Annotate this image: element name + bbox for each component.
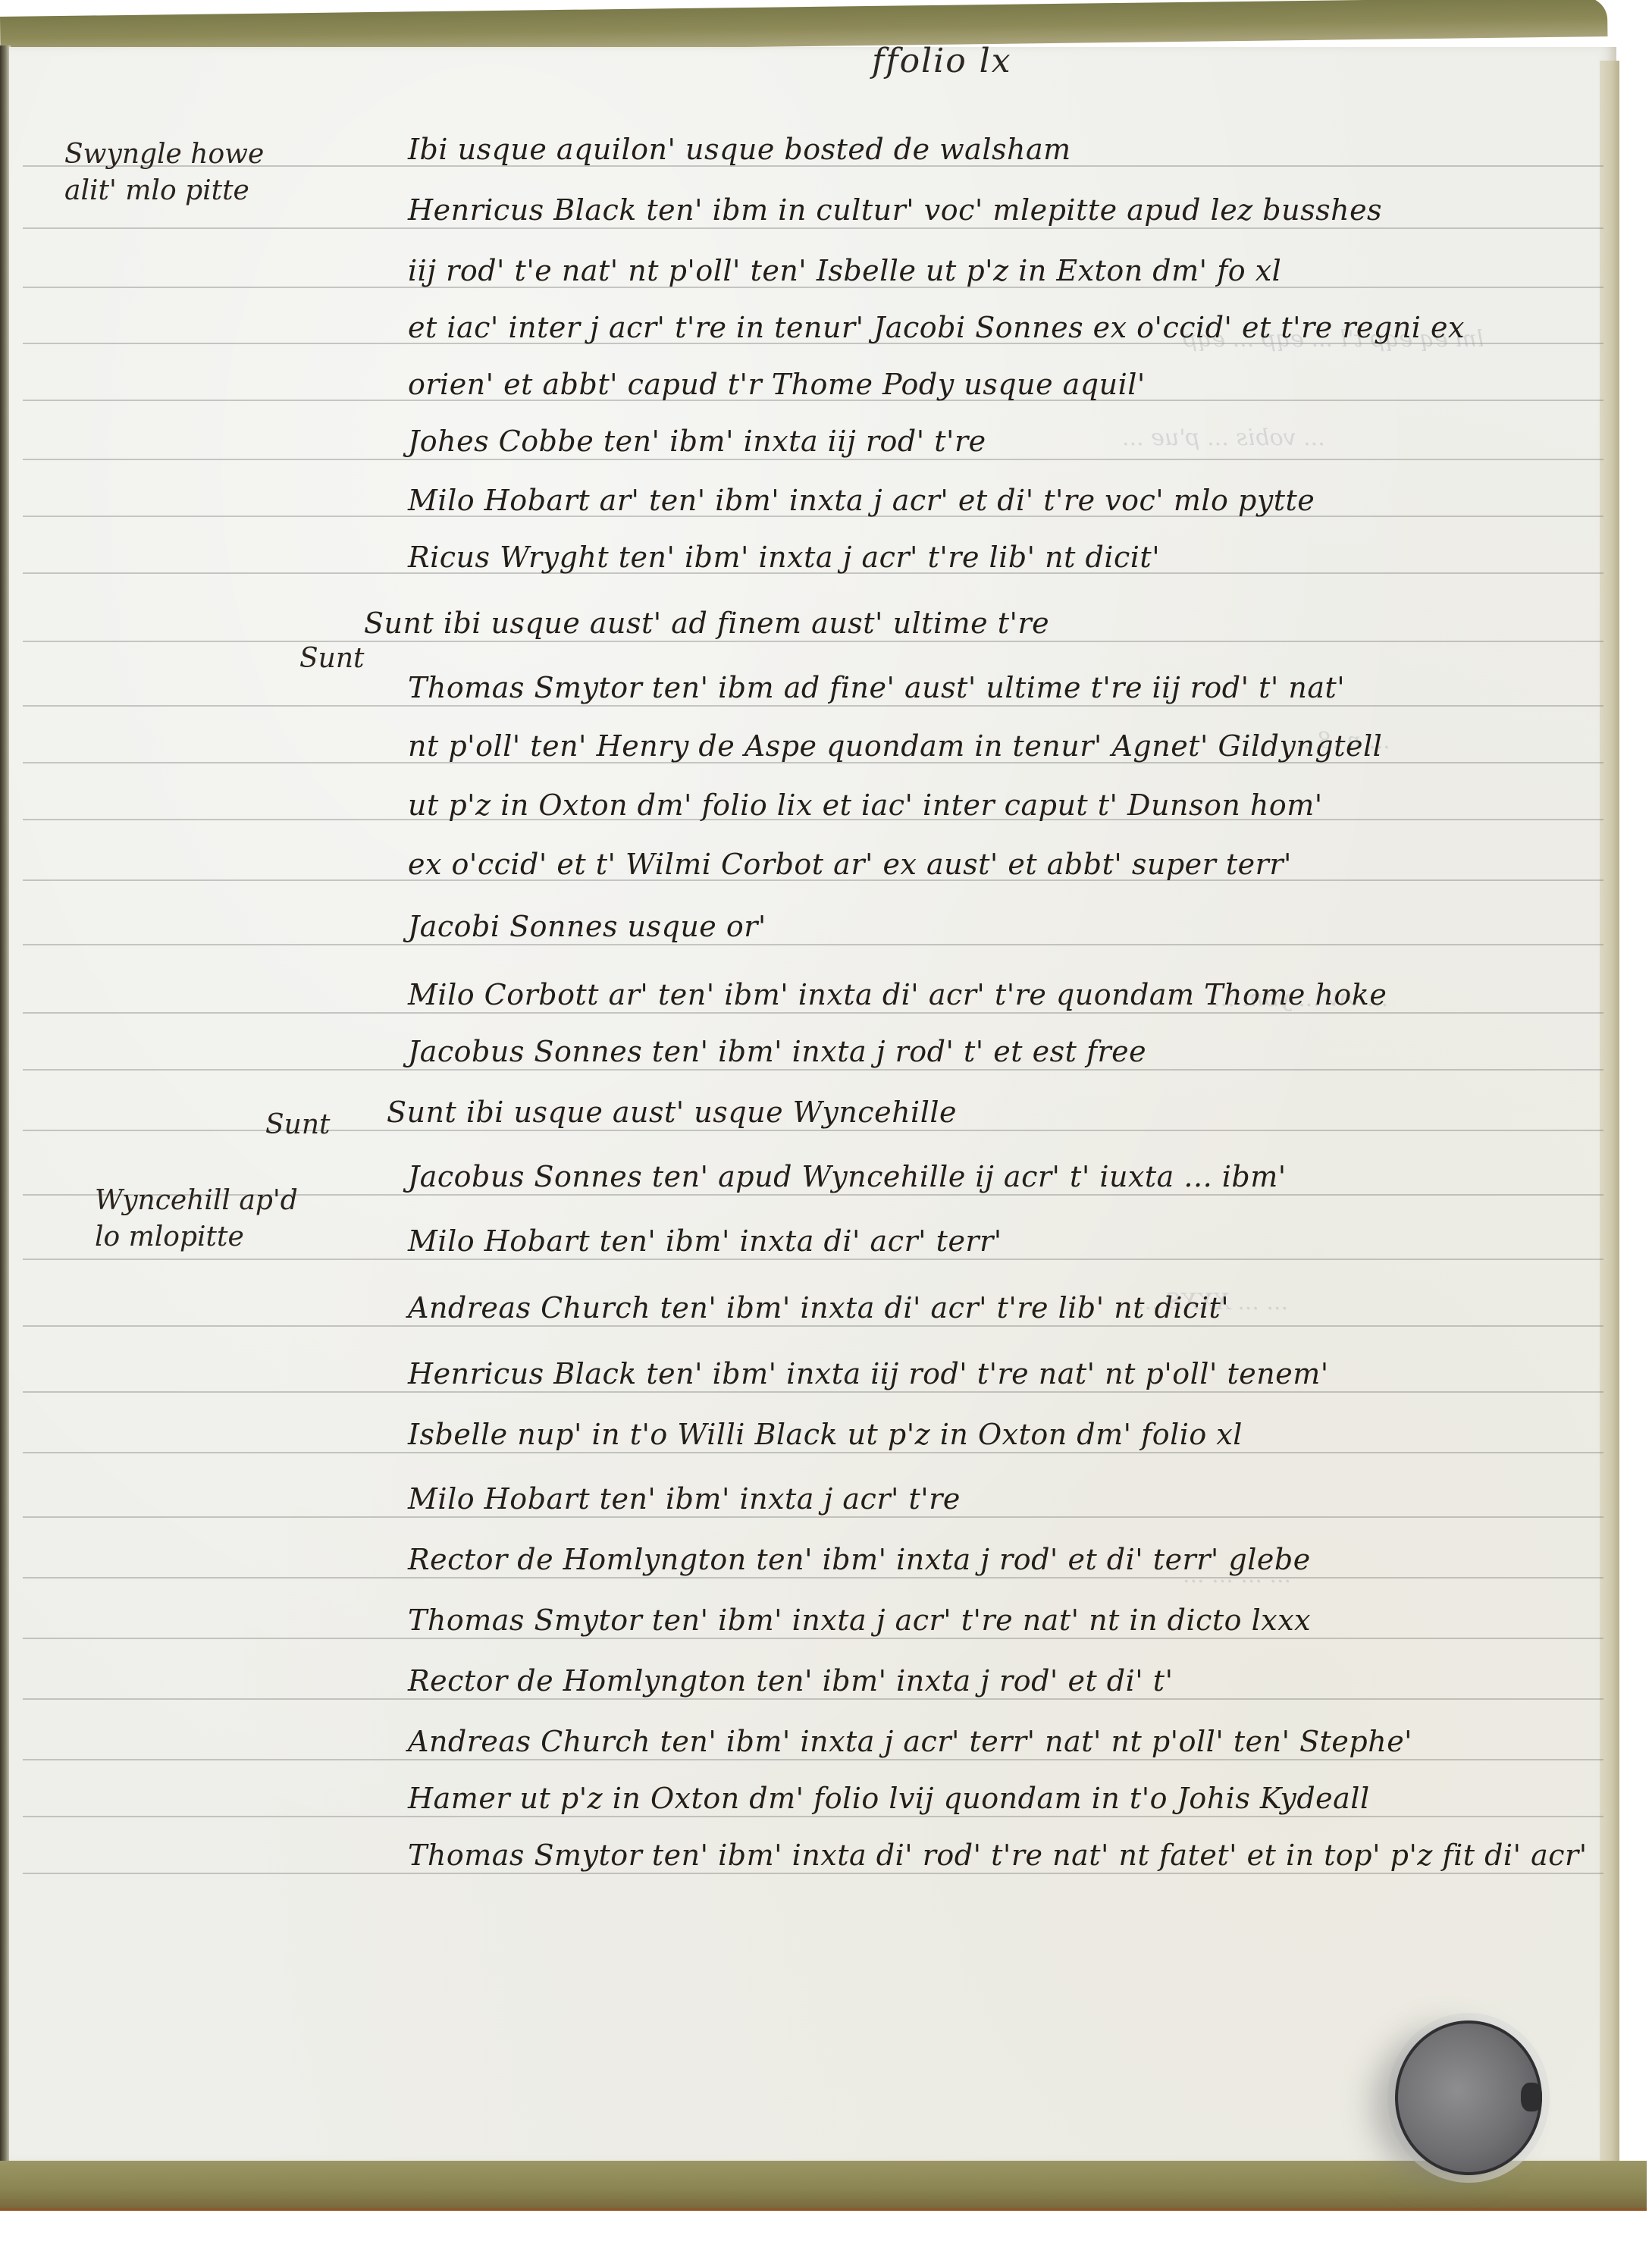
text-line: Milo Corbott ar' ten' ibm' inxta di' acr… bbox=[408, 978, 1387, 1011]
ruled-line bbox=[23, 1130, 1603, 1131]
binding-bottom-edge bbox=[0, 2161, 1647, 2211]
ruled-line bbox=[23, 1325, 1603, 1327]
text-line: Johes Cobbe ten' ibm' inxta iij rod' t'r… bbox=[408, 425, 986, 458]
text-line: Andreas Church ten' ibm' inxta di' acr' … bbox=[408, 1291, 1229, 1324]
text-line: Ibi usque aquilon' usque bosted de walsh… bbox=[408, 133, 1071, 166]
text-line: orien' et abbt' capud t'r Thome Pody usq… bbox=[408, 368, 1146, 401]
text-line: Sunt ibi usque aust' usque Wyncehille bbox=[387, 1096, 957, 1129]
ruled-line bbox=[23, 944, 1603, 945]
text-line: Thomas Smytor ten' ibm' inxta di' rod' t… bbox=[408, 1839, 1588, 1872]
text-line: Thomas Smytor ten' ibm ad fine' aust' ul… bbox=[408, 671, 1345, 704]
ruled-line bbox=[23, 1012, 1603, 1014]
text-line: Isbelle nup' in t'o Willi Black ut p'z i… bbox=[408, 1418, 1243, 1451]
margin-note-line: Wyncehill ap'd bbox=[95, 1183, 298, 1219]
ruled-line bbox=[23, 1069, 1603, 1071]
text-line: ex o'ccid' et t' Wilmi Corbot ar' ex aus… bbox=[408, 848, 1292, 881]
margin-note-sunt: Sunt bbox=[299, 641, 365, 677]
ruled-line bbox=[23, 227, 1603, 229]
ruled-line bbox=[23, 1577, 1603, 1578]
show-through-text: ... vobis ... p'ue ... bbox=[1122, 425, 1325, 451]
ruled-line bbox=[23, 1759, 1603, 1760]
text-line: Hamer ut p'z in Oxton dm' folio lvij quo… bbox=[408, 1782, 1370, 1815]
text-line: Milo Hobart ten' ibm' inxta di' acr' ter… bbox=[408, 1224, 1002, 1258]
margin-note-line: Swyngle howe bbox=[64, 136, 264, 173]
margin-note-line: alit' mlo pitte bbox=[64, 173, 264, 209]
ruled-line bbox=[23, 1816, 1603, 1817]
folio-number-heading: ffolio lx bbox=[872, 42, 1012, 80]
text-line: Thomas Smytor ten' ibm' inxta j acr' t'r… bbox=[408, 1604, 1311, 1637]
text-line: Andreas Church ten' ibm' inxta j acr' te… bbox=[408, 1725, 1412, 1758]
manuscript-scan: lm eq eqp t'l ... eqp ... eqp ... vobis … bbox=[0, 0, 1652, 2254]
text-line: iij rod' t'e nat' nt p'oll' ten' Isbelle… bbox=[408, 254, 1281, 287]
text-line: Jacobus Sonnes ten' apud Wyncehille ij a… bbox=[408, 1160, 1287, 1193]
text-line: Rector de Homlyngton ten' ibm' inxta j r… bbox=[408, 1664, 1174, 1698]
ruled-line bbox=[23, 1638, 1603, 1639]
text-line: Ricus Wryght ten' ibm' inxta j acr' t're… bbox=[408, 541, 1160, 574]
ruled-line bbox=[23, 1873, 1603, 1874]
margin-note-sunt: Sunt bbox=[265, 1107, 331, 1143]
ruled-line bbox=[23, 1698, 1603, 1700]
text-line: et iac' inter j acr' t're in tenur' Jaco… bbox=[408, 311, 1465, 344]
ruled-line bbox=[23, 705, 1603, 707]
clasp-notch bbox=[1521, 2083, 1542, 2111]
ruled-line bbox=[23, 1391, 1603, 1393]
text-line: ut p'z in Oxton dm' folio lix et iac' in… bbox=[408, 788, 1323, 822]
ruled-line bbox=[23, 1452, 1603, 1453]
text-line: Sunt ibi usque aust' ad finem aust' ulti… bbox=[364, 607, 1049, 640]
margin-note-line: lo mlopitte bbox=[95, 1219, 298, 1256]
text-line: nt p'oll' ten' Henry de Aspe quondam in … bbox=[408, 729, 1382, 763]
ruled-line bbox=[23, 459, 1603, 460]
text-line: Henricus Black ten' ibm in cultur' voc' … bbox=[408, 193, 1382, 227]
margin-note-swyngle-howe: Swyngle howe alit' mlo pitte bbox=[64, 136, 264, 209]
metal-clasp-disc bbox=[1395, 2020, 1542, 2175]
margin-note-line: Sunt bbox=[265, 1107, 331, 1143]
text-line: Milo Hobart ar' ten' ibm' inxta j acr' e… bbox=[408, 484, 1315, 517]
ruled-line bbox=[23, 1516, 1603, 1518]
text-line: Henricus Black ten' ibm' inxta iij rod' … bbox=[408, 1357, 1329, 1390]
margin-note-line: Sunt bbox=[299, 641, 365, 677]
text-line: Jacobus Sonnes ten' ibm' inxta j rod' t'… bbox=[408, 1035, 1146, 1068]
text-line: Rector de Homlyngton ten' ibm' inxta j r… bbox=[408, 1543, 1311, 1576]
ruled-line bbox=[23, 1259, 1603, 1260]
text-line: Jacobi Sonnes usque or' bbox=[408, 910, 766, 943]
ruled-line bbox=[23, 641, 1603, 642]
text-line: Milo Hobart ten' ibm' inxta j acr' t're bbox=[408, 1482, 961, 1516]
margin-note-wyncehill: Wyncehill ap'd lo mlopitte bbox=[95, 1183, 298, 1256]
page-fore-edge bbox=[1600, 61, 1619, 2168]
